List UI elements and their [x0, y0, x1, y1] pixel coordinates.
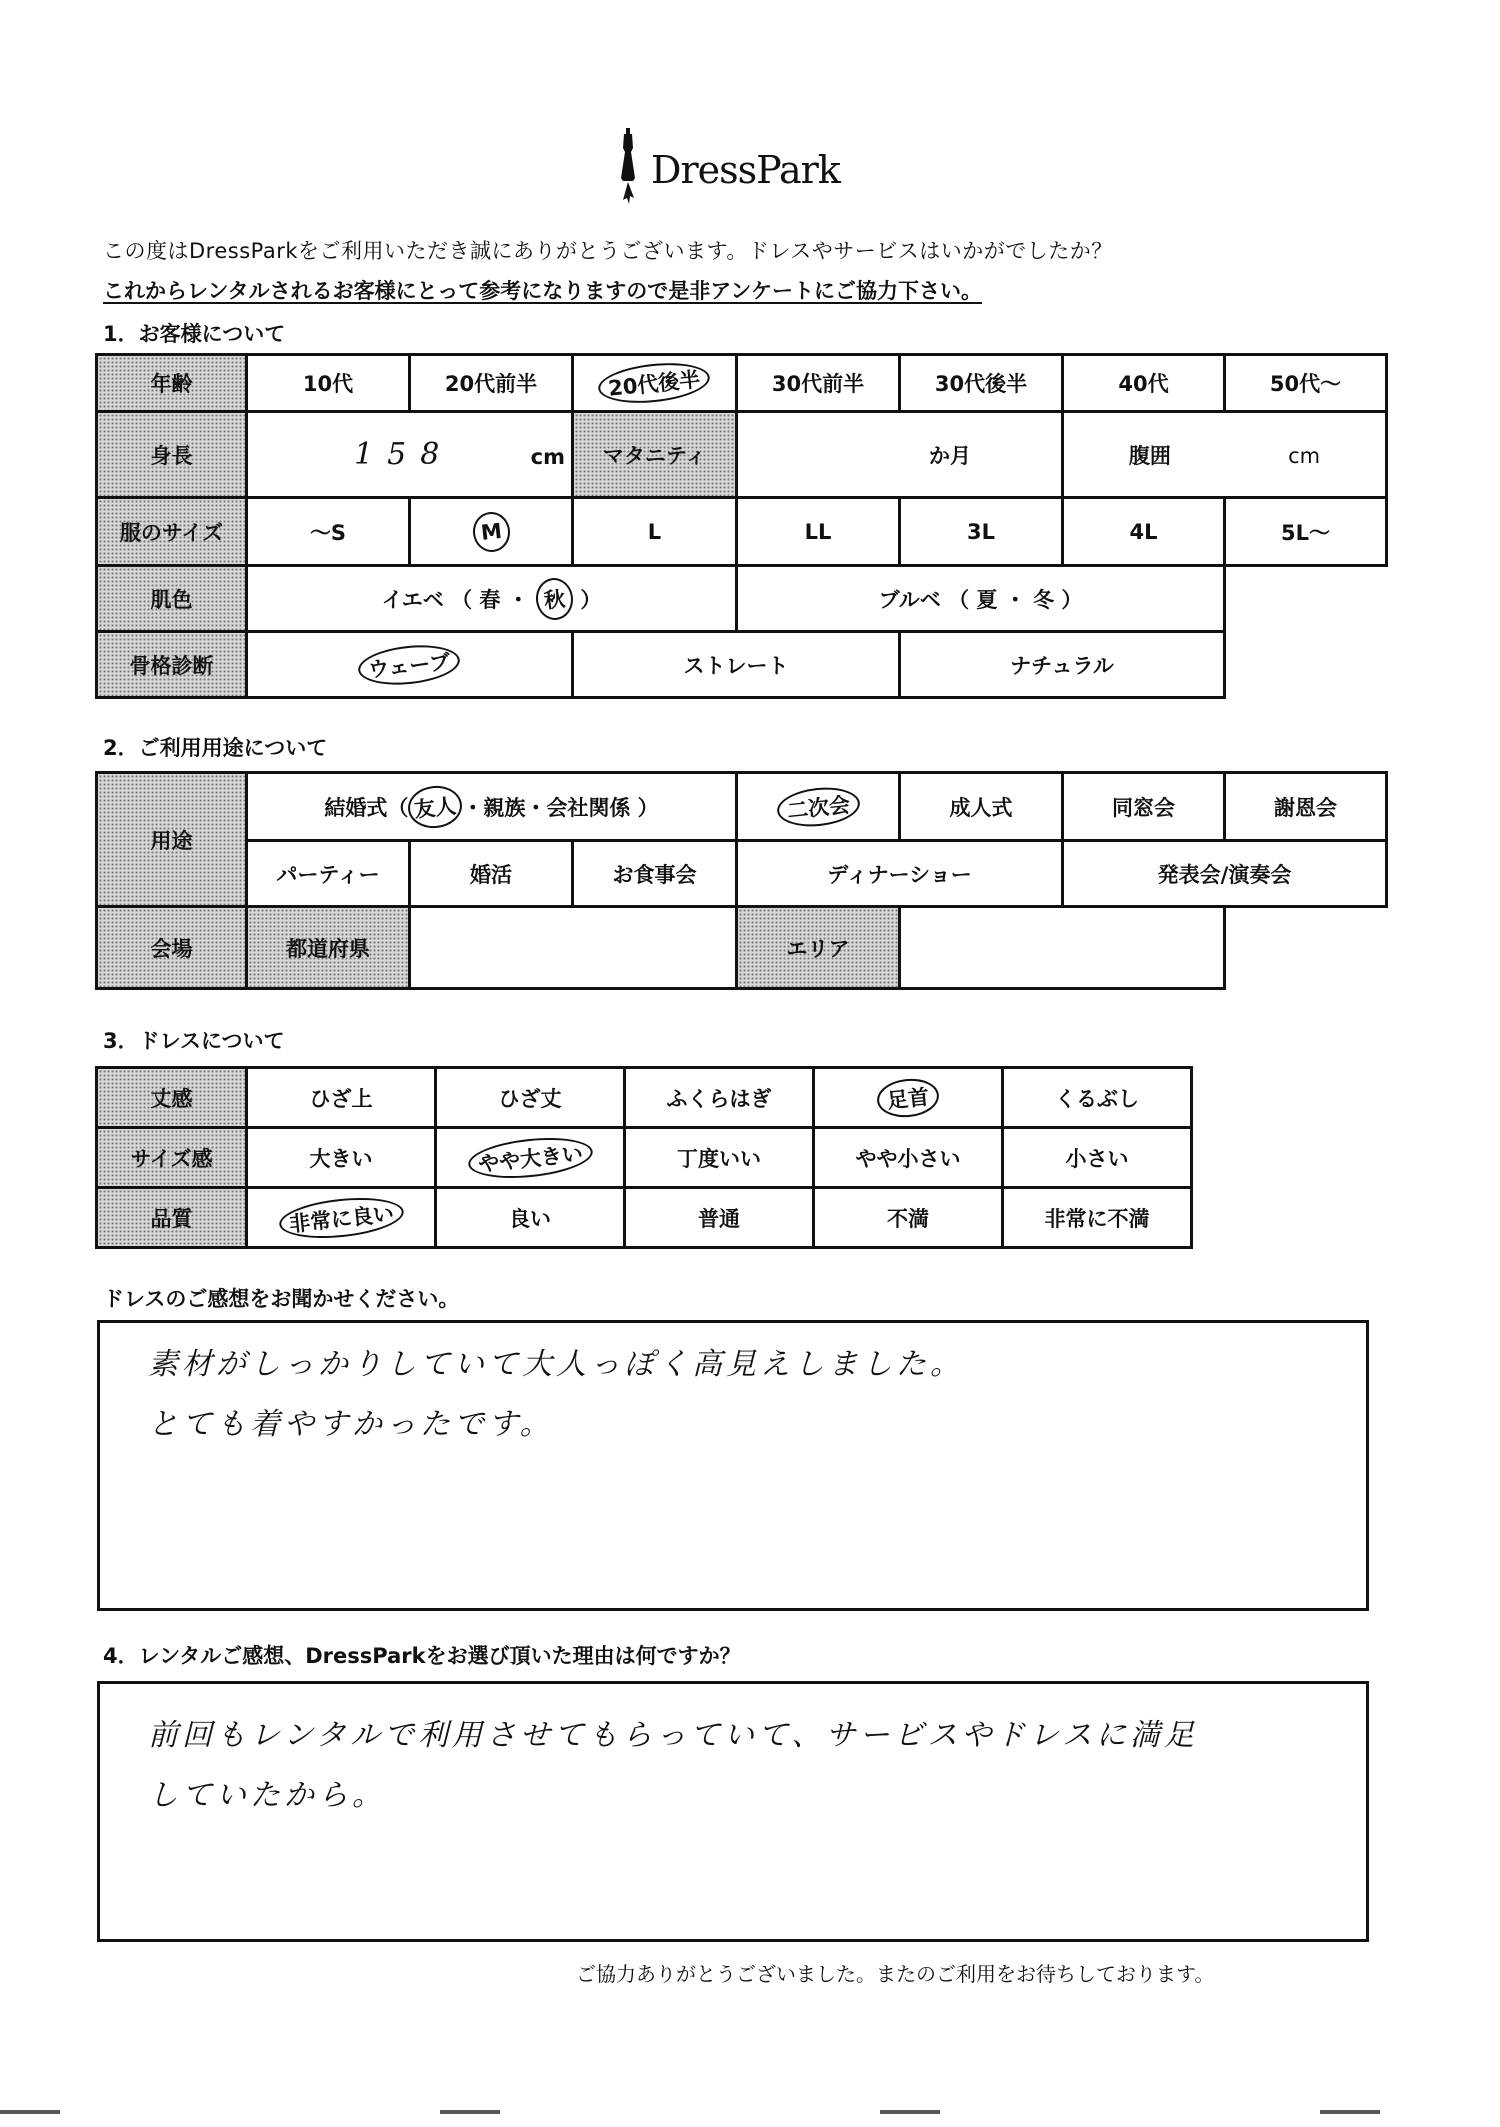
age-option[interactable]: 40代	[1063, 355, 1225, 412]
age-option[interactable]: 50代～	[1225, 355, 1387, 412]
fit-option[interactable]: 小さい	[1003, 1128, 1192, 1188]
dress-silhouette-icon	[615, 128, 641, 212]
quality-label: 品質	[97, 1188, 247, 1248]
logo: DressPark	[615, 125, 895, 215]
length-option[interactable]: ひざ上	[247, 1068, 436, 1128]
selection-circle: 非常に良い	[277, 1192, 405, 1243]
purpose-row-2: パーティー 婚活 お食事会 ディナーショー 発表会/演奏会	[97, 841, 1387, 907]
frame-option-selected[interactable]: ウェーブ	[247, 632, 573, 698]
selection-circle: ウェーブ	[357, 640, 463, 688]
skin-blue-option[interactable]: ブルベ （ 夏 ・ 冬 ）	[737, 566, 1225, 632]
frame-option[interactable]: ナチュラル	[900, 632, 1225, 698]
purpose-option[interactable]: お食事会	[573, 841, 737, 907]
customer-table: 年齢 10代 20代前半 20代後半 30代前半 30代後半 40代 50代～ …	[95, 353, 1388, 699]
selection-circle: 二次会	[775, 783, 862, 829]
section3-title: 3．ドレスについて	[103, 1025, 285, 1055]
fit-option[interactable]: やや小さい	[814, 1128, 1003, 1188]
age-option[interactable]: 20代前半	[410, 355, 573, 412]
length-label: 丈感	[97, 1068, 247, 1128]
intro-text: この度はDressParkをご利用いただき誠にありがとうございます。ドレスやサー…	[103, 235, 1113, 265]
selection-circle: やや大きい	[466, 1132, 594, 1183]
frame-label: 骨格診断	[97, 632, 247, 698]
waist-unit: cm	[1288, 444, 1320, 468]
quality-option-selected[interactable]: 非常に良い	[247, 1188, 436, 1248]
maternity-months-field[interactable]: か月	[737, 412, 1063, 498]
size-label: 服のサイズ	[97, 498, 247, 566]
section4-title: 4．レンタルご感想、DressParkをお選び頂いた理由は何ですか？	[103, 1640, 741, 1670]
section2-title: 2．ご利用用途について	[103, 732, 327, 762]
skin-yellow-option[interactable]: イエベ （ 春 ・ 秋 ）	[247, 566, 737, 632]
height-row: 身長 158 cm マタニティ か月 腹囲 cm	[97, 412, 1387, 498]
purpose-option[interactable]: 謝恩会	[1225, 773, 1387, 841]
size-option[interactable]: ～S	[247, 498, 410, 566]
selection-circle: M	[471, 510, 512, 554]
size-row: 服のサイズ ～S M L LL 3L 4L 5L～	[97, 498, 1387, 566]
maternity-label: マタニティ	[573, 412, 737, 498]
quality-option[interactable]: 良い	[436, 1188, 625, 1248]
waist-label: 腹囲	[1129, 444, 1171, 468]
dress-comment-box[interactable]: 素材がしっかりしていて大人っぽく高見えしました。 とても着やすかったです。	[97, 1320, 1369, 1611]
selection-circle: 友人	[406, 783, 464, 830]
selection-circle: 足首	[875, 1075, 941, 1119]
size-option[interactable]: 4L	[1063, 498, 1225, 566]
age-option[interactable]: 10代	[247, 355, 410, 412]
size-option-selected[interactable]: M	[410, 498, 573, 566]
skin-row: 肌色 イエベ （ 春 ・ 秋 ） ブルベ （ 夏 ・ 冬 ）	[97, 566, 1387, 632]
purpose-option[interactable]: ディナーショー	[737, 841, 1063, 907]
dress-table: 丈感 ひざ上 ひざ丈 ふくらはぎ 足首 くるぶし サイズ感 大きい やや大きい …	[95, 1066, 1193, 1249]
fit-row: サイズ感 大きい やや大きい 丁度いい やや小さい 小さい	[97, 1128, 1192, 1188]
height-label: 身長	[97, 412, 247, 498]
fit-label: サイズ感	[97, 1128, 247, 1188]
purpose-row-1: 用途 結婚式（友人・親族・会社関係 ） 二次会 成人式 同窓会 謝恩会	[97, 773, 1387, 841]
age-option[interactable]: 30代後半	[900, 355, 1063, 412]
section1-title: 1．お客様について	[103, 318, 285, 348]
rental-comment-box[interactable]: 前回もレンタルで利用させてもらっていて、サービスやドレスに満足 していたから。	[97, 1681, 1369, 1942]
quality-option[interactable]: 不満	[814, 1188, 1003, 1248]
size-option[interactable]: LL	[737, 498, 900, 566]
quality-option[interactable]: 非常に不満	[1003, 1188, 1192, 1248]
area-field[interactable]	[900, 907, 1225, 989]
venue-label: 会場	[97, 907, 247, 989]
purpose-label: 用途	[97, 773, 247, 907]
height-value: 158	[354, 437, 453, 472]
prefecture-label: 都道府県	[247, 907, 410, 989]
height-field[interactable]: 158 cm	[247, 412, 573, 498]
age-option[interactable]: 30代前半	[737, 355, 900, 412]
intro-request: これからレンタルされるお客様にとって参考になりますので是非アンケートにご協力下さ…	[103, 275, 982, 305]
age-row: 年齢 10代 20代前半 20代後半 30代前半 30代後半 40代 50代～	[97, 355, 1387, 412]
prefecture-field[interactable]	[410, 907, 737, 989]
frame-option[interactable]: ストレート	[573, 632, 900, 698]
waist-field[interactable]: 腹囲 cm	[1063, 412, 1387, 498]
purpose-option[interactable]: 成人式	[900, 773, 1063, 841]
dress-comment-line: 素材がしっかりしていて大人っぽく高見えしました。	[148, 1335, 1366, 1395]
purpose-option-selected[interactable]: 二次会	[737, 773, 900, 841]
age-option-selected[interactable]: 20代後半	[573, 355, 737, 412]
purpose-option[interactable]: 発表会/演奏会	[1063, 841, 1387, 907]
size-option[interactable]: L	[573, 498, 737, 566]
rental-comment-line: していたから。	[148, 1766, 1366, 1826]
length-option[interactable]: くるぶし	[1003, 1068, 1192, 1128]
length-row: 丈感 ひざ上 ひざ丈 ふくらはぎ 足首 くるぶし	[97, 1068, 1192, 1128]
quality-row: 品質 非常に良い 良い 普通 不満 非常に不満	[97, 1188, 1192, 1248]
fit-option-selected[interactable]: やや大きい	[436, 1128, 625, 1188]
age-label: 年齢	[97, 355, 247, 412]
length-option[interactable]: ふくらはぎ	[625, 1068, 814, 1128]
frame-row: 骨格診断 ウェーブ ストレート ナチュラル	[97, 632, 1387, 698]
rental-comment-line: 前回もレンタルで利用させてもらっていて、サービスやドレスに満足	[148, 1706, 1366, 1766]
area-label: エリア	[737, 907, 900, 989]
skin-label: 肌色	[97, 566, 247, 632]
fit-option[interactable]: 大きい	[247, 1128, 436, 1188]
selection-circle: 秋	[534, 576, 575, 622]
scan-artifact-line	[0, 2110, 1500, 2114]
purpose-option[interactable]: 同窓会	[1063, 773, 1225, 841]
brand-name: DressPark	[651, 148, 840, 192]
purpose-option[interactable]: パーティー	[247, 841, 410, 907]
size-option[interactable]: 5L～	[1225, 498, 1387, 566]
wedding-option[interactable]: 結婚式（友人・親族・会社関係 ）	[247, 773, 737, 841]
footer-thanks: ご協力ありがとうございました。またのご利用をお待ちしております。	[576, 1958, 1214, 1987]
purpose-table: 用途 結婚式（友人・親族・会社関係 ） 二次会 成人式 同窓会 謝恩会 パーティ…	[95, 771, 1388, 990]
purpose-option[interactable]: 婚活	[410, 841, 573, 907]
length-option[interactable]: ひざ丈	[436, 1068, 625, 1128]
venue-row: 会場 都道府県 エリア	[97, 907, 1387, 989]
dress-comment-prompt: ドレスのご感想をお聞かせください。	[103, 1283, 459, 1313]
size-option[interactable]: 3L	[900, 498, 1063, 566]
fit-option[interactable]: 丁度いい	[625, 1128, 814, 1188]
quality-option[interactable]: 普通	[625, 1188, 814, 1248]
dress-comment-line: とても着やすかったです。	[148, 1395, 1366, 1455]
selection-circle: 20代後半	[597, 358, 713, 408]
height-unit: cm	[531, 445, 565, 469]
length-option-selected[interactable]: 足首	[814, 1068, 1003, 1128]
